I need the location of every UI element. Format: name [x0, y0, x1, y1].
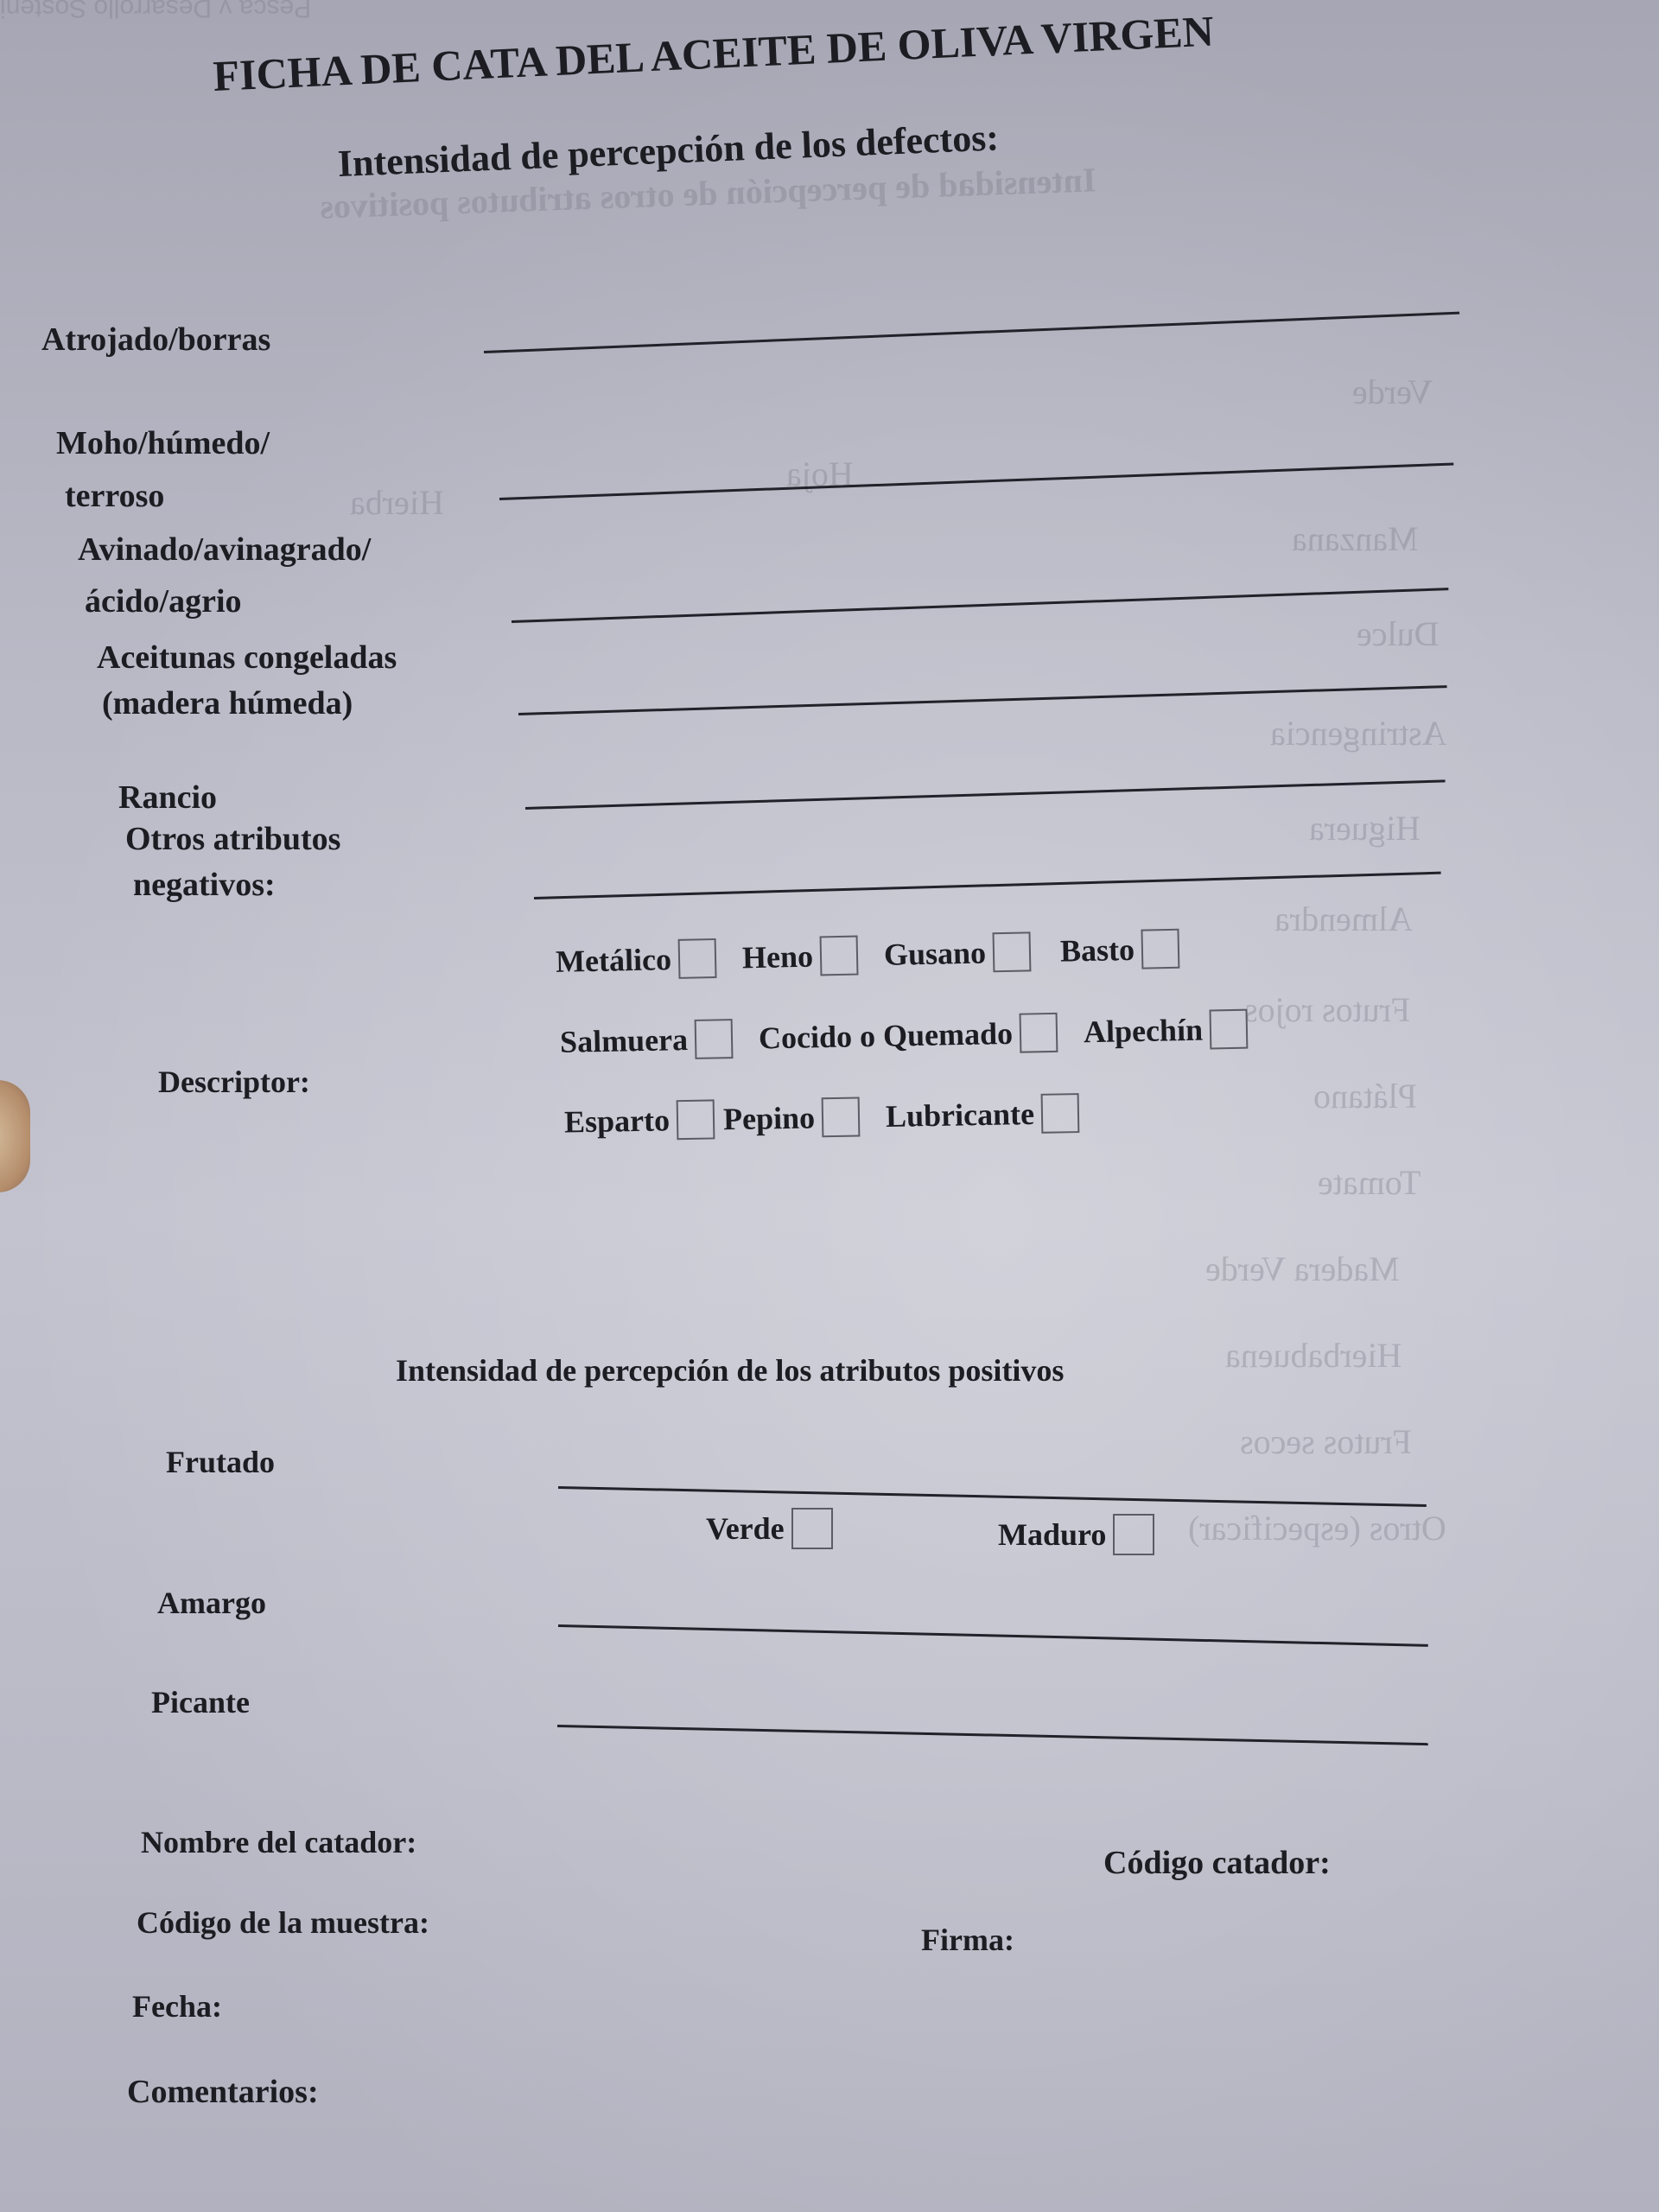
positive-scale-amargo[interactable] [558, 1624, 1428, 1647]
defect-label-aceitunas: Aceitunas congeladas [97, 639, 397, 677]
descriptor-label: Descriptor: [158, 1065, 310, 1100]
option-label: Maduro [998, 1516, 1106, 1553]
defect-label-avinado: Avinado/avinagrado/ [78, 531, 371, 569]
descriptor-row-1: Metálico Heno Gusano Basto [556, 928, 1206, 982]
bleed-through-item: Astringencia [1270, 713, 1446, 753]
descriptor-option-alpechin: Alpechín [1084, 1009, 1249, 1052]
positive-heading: Intensidad de percepción de los atributo… [396, 1352, 1064, 1389]
option-label: Esparto [564, 1102, 671, 1140]
defect-label-moho-2: terroso [65, 478, 164, 516]
descriptor-option-pepino: Pepino [723, 1096, 861, 1139]
option-label: Pepino [723, 1099, 816, 1137]
checkbox-lubricante[interactable] [1041, 1093, 1080, 1134]
descriptor-row-2: Salmuera Cocido o Quemado Alpechín [560, 1008, 1274, 1062]
checkbox-maduro[interactable] [1113, 1514, 1154, 1555]
descriptor-option-basto: Basto [1059, 929, 1179, 971]
bleed-through-item: Frutos secos [1240, 1421, 1412, 1462]
bleed-through-item: Hierba [350, 482, 444, 523]
option-label: Salmuera [560, 1021, 689, 1060]
option-label: Verde [706, 1510, 785, 1547]
defect-scale-avinado[interactable] [512, 588, 1448, 623]
field-nombre-catador[interactable]: Nombre del catador: [141, 1825, 416, 1860]
bleed-through-item: Almendra [1274, 899, 1413, 939]
bleed-through-item: Higuera [1309, 808, 1421, 849]
descriptor-option-lubricante: Lubricante [886, 1093, 1080, 1136]
option-label: Metálico [556, 941, 672, 980]
positive-label-amargo: Amargo [157, 1586, 266, 1621]
bleed-through-item: Hierbabuena [1225, 1335, 1402, 1376]
option-label: Alpechín [1084, 1012, 1204, 1051]
bleed-through-item: Verde [1352, 372, 1433, 412]
option-label: Gusano [884, 934, 987, 972]
bleed-through-top: Pesca y Desarrollo Sosteni [0, 0, 311, 22]
checkbox-metalico[interactable] [678, 938, 717, 979]
defect-scale-rancio[interactable] [525, 779, 1446, 810]
defect-scale-otros[interactable] [534, 872, 1441, 899]
bleed-through-item: Manzana [1292, 518, 1419, 559]
positive-scale-picante[interactable] [557, 1725, 1428, 1745]
descriptor-option-esparto: Esparto [564, 1099, 715, 1141]
field-firma[interactable]: Firma: [921, 1923, 1014, 1958]
defect-label-otros-2: negativos: [133, 867, 276, 905]
defect-label-aceitunas-2: (madera húmeda) [102, 685, 353, 723]
positive-label-picante: Picante [151, 1685, 250, 1720]
defect-label-atrojado: Atrojado/borras [41, 321, 270, 359]
checkbox-gusano[interactable] [993, 931, 1032, 972]
frutado-option-maduro: Maduro [998, 1514, 1154, 1555]
descriptor-option-gusano: Gusano [883, 931, 1031, 975]
descriptor-option-salmuera: Salmuera [560, 1019, 734, 1062]
option-label: Cocido o Quemado [759, 1015, 1014, 1057]
field-comentarios[interactable]: Comentarios: [127, 2074, 319, 2112]
bleed-through-item: Tomate [1318, 1162, 1421, 1203]
checkbox-pepino[interactable] [822, 1096, 861, 1137]
defect-scale-atrojado[interactable] [484, 312, 1459, 353]
bleed-through-item: Dulce [1357, 613, 1440, 654]
checkbox-cocido-quemado[interactable] [1020, 1013, 1058, 1053]
form-sheet: Pesca y Desarrollo Sosteni Intensidad de… [0, 0, 1659, 2212]
option-label: Lubricante [886, 1096, 1035, 1135]
bleed-through-item: Madera Verde [1205, 1249, 1400, 1289]
defect-label-otros: Otros atributos [125, 821, 340, 859]
checkbox-verde[interactable] [791, 1508, 833, 1549]
checkbox-basto[interactable] [1141, 929, 1179, 969]
field-fecha[interactable]: Fecha: [132, 1989, 222, 2024]
checkbox-heno[interactable] [819, 936, 858, 976]
form-title: FICHA DE CATA DEL ACEITE DE OLIVA VIRGEN [212, 6, 1215, 101]
field-codigo-muestra[interactable]: Código de la muestra: [137, 1905, 429, 1941]
bleed-through-item: Plátano [1313, 1076, 1417, 1116]
positive-scale-frutado[interactable] [558, 1486, 1427, 1507]
checkbox-salmuera[interactable] [695, 1019, 734, 1059]
defect-scale-moho[interactable] [499, 463, 1453, 500]
finger-holding-paper [0, 1080, 30, 1192]
descriptor-row-3: Esparto Pepino Lubricante [564, 1093, 1106, 1142]
option-label: Basto [1060, 931, 1135, 969]
defect-label-rancio: Rancio [118, 779, 217, 817]
defect-label-moho: Moho/húmedo/ [56, 425, 270, 463]
positive-label-frutado: Frutado [166, 1445, 275, 1480]
bleed-through-item: Otros (especificar) [1188, 1508, 1446, 1548]
defect-scale-aceitunas[interactable] [518, 685, 1447, 715]
field-codigo-catador[interactable]: Código catador: [1103, 1845, 1331, 1883]
option-label: Heno [742, 938, 814, 976]
descriptor-option-heno: Heno [741, 936, 858, 978]
frutado-option-verde: Verde [706, 1508, 833, 1549]
descriptor-option-metalico: Metálico [556, 938, 717, 982]
checkbox-alpechin[interactable] [1210, 1009, 1249, 1050]
descriptor-option-cocido: Cocido o Quemado [759, 1013, 1058, 1058]
checkbox-esparto[interactable] [677, 1099, 715, 1140]
defect-label-avinado-2: ácido/agrio [85, 583, 242, 621]
